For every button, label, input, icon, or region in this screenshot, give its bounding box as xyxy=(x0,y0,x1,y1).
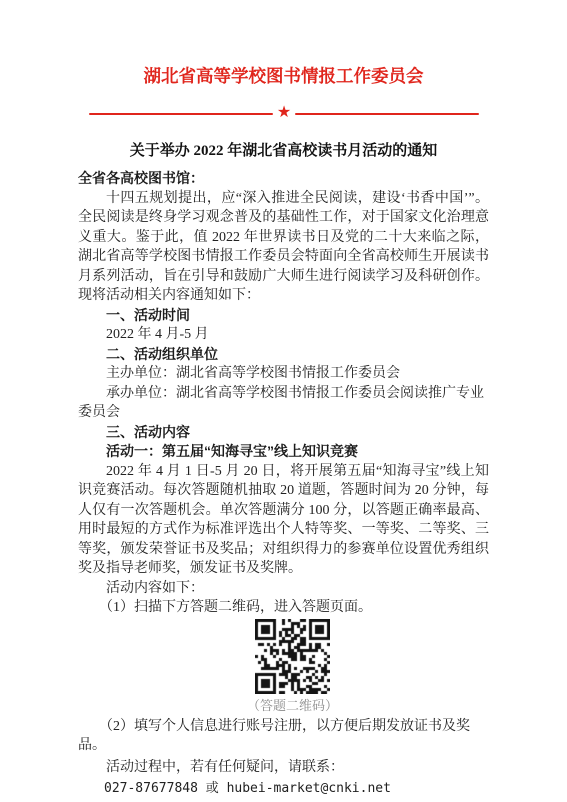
letterhead-divider: ★ xyxy=(89,105,479,123)
letterhead-committee-name: 湖北省高等学校图书情报工作委员会 xyxy=(78,64,489,88)
activity1-heading: 活动一：第五届“知海寻宝”线上知识竞赛 xyxy=(78,442,489,462)
contact-info-line: 027-87677848 或 hubei-market@cnki.net xyxy=(78,779,489,799)
qr-code-image xyxy=(255,619,330,694)
undertaker-line: 承办单位：湖北省高等学校图书情报工作委员会阅读推广专业委员会 xyxy=(78,384,489,423)
step1-line: （1）扫描下方答题二维码，进入答题页面。 xyxy=(78,598,489,618)
contact-intro-line: 活动过程中，若有任何疑问，请联系： xyxy=(78,758,489,778)
step2-line: （2）填写个人信息进行账号注册，以方便后期发放证书及奖品。 xyxy=(78,717,489,756)
document-title: 关于举办 2022 年湖北省高校读书月活动的通知 xyxy=(78,140,489,162)
salutation: 全省各高校图书馆： xyxy=(78,169,489,189)
activity-list-intro: 活动内容如下： xyxy=(78,579,489,599)
notice-document-page: 湖北省高等学校图书情报工作委员会 ★ 关于举办 2022 年湖北省高校读书月活动… xyxy=(0,0,567,802)
star-icon: ★ xyxy=(273,104,295,122)
organizer-line: 主办单位：湖北省高等学校图书情报工作委员会 xyxy=(78,364,489,384)
section1-heading: 一、活动时间 xyxy=(78,306,489,326)
section2-heading: 二、活动组织单位 xyxy=(78,345,489,365)
qr-block: （答题二维码） xyxy=(87,619,498,715)
activity1-detail-paragraph: 2022 年 4 月 1 日-5 月 20 日，将开展第五届“知海寻宝”线上知识… xyxy=(78,462,489,579)
divider-line-right xyxy=(295,113,479,116)
section3-heading: 三、活动内容 xyxy=(78,423,489,443)
qr-caption: （答题二维码） xyxy=(87,696,498,715)
intro-paragraph: 十四五规划提出，应“深入推进全民阅读，建设‘书香中国’”。全民阅读是终身学习观念… xyxy=(78,189,489,306)
section1-time: 2022 年 4 月-5 月 xyxy=(78,325,489,345)
divider-line-left xyxy=(89,113,273,116)
